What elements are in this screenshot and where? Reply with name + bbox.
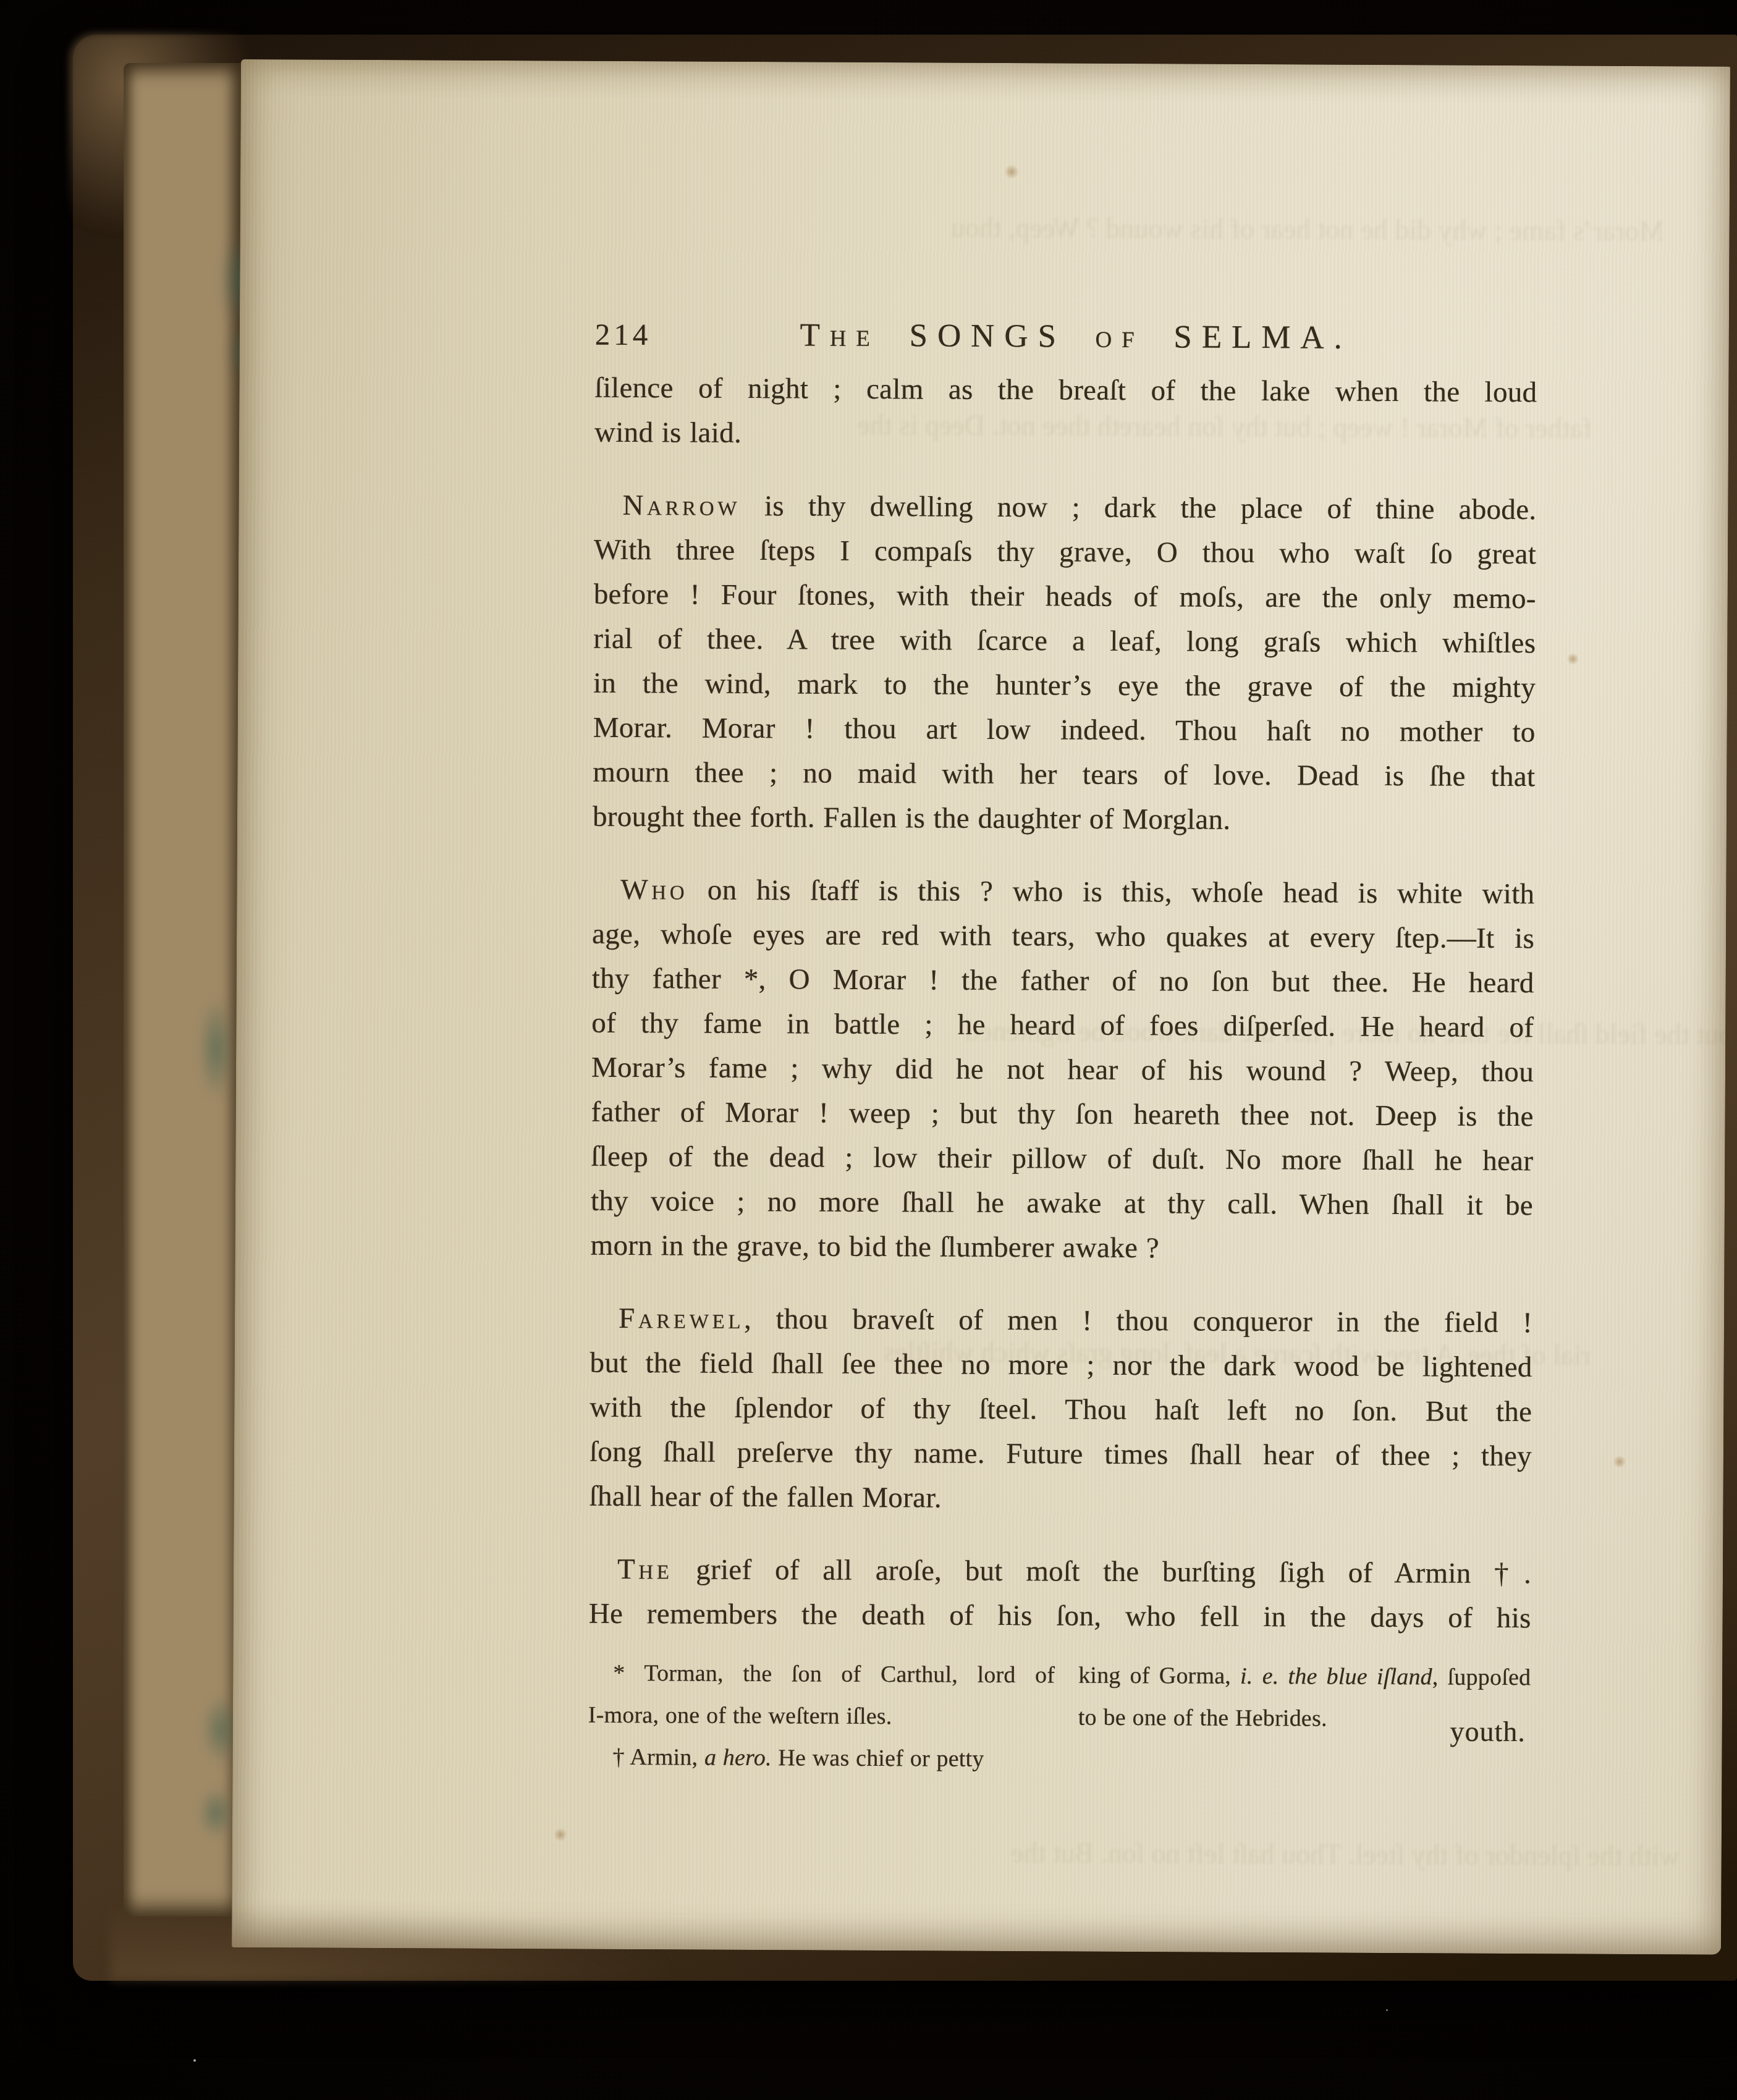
text-line: Morar’s fame ; why did he not hear of hi… <box>591 1045 1534 1094</box>
text-line: ſilence of night ; calm as the breaſt of… <box>594 366 1537 415</box>
footnote-text: king of Gorma, <box>1078 1663 1240 1689</box>
small-caps-opener: Who <box>620 874 688 906</box>
footnote-line: king of Gorma, i. e. the blue iſland, ſu… <box>1078 1655 1531 1699</box>
text-line: thy father *, O Morar ! the father of no… <box>592 956 1534 1005</box>
running-title: The SONGS of SELMA. <box>651 311 1537 361</box>
paragraph: Narrow is thy dwelling now ; dark the pl… <box>593 483 1537 843</box>
paragraph: Who on his ſtaff is this ? who is this, … <box>590 867 1534 1272</box>
small-caps-opener: The <box>617 1553 673 1585</box>
book: Morar’s fame ; why did he not hear of hi… <box>73 35 1737 1981</box>
text-line: mourn thee ; no maid with her tears of l… <box>593 750 1535 799</box>
text-line: in the wind, mark to the hunter’s eye th… <box>593 661 1536 710</box>
photo-background: Morar’s fame ; why did he not hear of hi… <box>0 0 1737 2100</box>
footnote-text: † Armin, <box>612 1744 704 1771</box>
footnote-text: , ſuppoſed <box>1432 1664 1531 1690</box>
footnote-line: I-mora, one of the weſtern iſles. <box>588 1694 1055 1739</box>
text-line: Who on his ſtaff is this ? who is this, … <box>592 867 1534 916</box>
footnote-italic-text: i. e. the blue iſland <box>1240 1663 1432 1690</box>
small-caps-opener: Farewel <box>619 1302 744 1335</box>
text-line: The grief of all aroſe, but moſt the bur… <box>589 1547 1531 1596</box>
page-number: 214 <box>595 312 652 358</box>
text-line-rest: , thou braveſt of men ! thou conqueror i… <box>744 1303 1532 1339</box>
footnote-italic-text: a hero. <box>704 1745 772 1771</box>
text-line: rial of thee. A tree with ſcarce a leaf,… <box>593 617 1536 665</box>
text-line: but the field ſhall ſee thee no more ; n… <box>590 1341 1532 1389</box>
show-through-text: with the ſplendor of thy ſteel. Thou haſ… <box>1011 1836 1680 1872</box>
footnote-line: * Torman, the ſon of Carthul, lord of <box>588 1652 1055 1697</box>
text-line: Morar. Morar ! thou art low indeed. Thou… <box>593 706 1536 754</box>
text-line: ſong ſhall preſerve thy name. Future tim… <box>590 1430 1532 1478</box>
footnote-columns: * Torman, the ſon of Carthul, lord of I-… <box>588 1652 1531 1782</box>
text-line-rest: grief of all aroſe, but moſt the burſtin… <box>673 1553 1532 1590</box>
text-line: of thy fame in battle ; he heard of foes… <box>591 1001 1534 1050</box>
text-line: morn in the grave, to bid the ſlumberer … <box>590 1223 1532 1272</box>
ink-smudge <box>198 996 235 1101</box>
text-block: 214 The SONGS of SELMA. ſilence of night… <box>588 311 1537 1782</box>
foxing-spot <box>1004 165 1020 179</box>
footnote-line: † Armin, a hero. He was chief or petty <box>588 1736 1054 1781</box>
text-line-rest: is thy dwelling now ; dark the place of … <box>740 490 1537 526</box>
dust-speck <box>193 2059 196 2062</box>
small-caps-opener: Narrow <box>622 489 740 522</box>
foxing-spot <box>554 1828 567 1842</box>
paragraph: ſilence of night ; calm as the breaſt of… <box>594 366 1537 459</box>
text-line: before ! Four ſtones, with their heads o… <box>594 572 1536 621</box>
text-line: brought thee forth. Fallen is the daught… <box>593 795 1535 843</box>
text-line: thy voice ; no more ſhall he awake at th… <box>591 1179 1533 1228</box>
text-line: father of Morar ! weep ; but thy ſon hea… <box>591 1090 1534 1139</box>
text-line: ſhall hear of the fallen Morar. <box>589 1474 1531 1523</box>
footnotes: * Torman, the ſon of Carthul, lord of I-… <box>588 1652 1531 1782</box>
show-through-text: Morar’s fame ; why did he not hear of hi… <box>951 211 1665 248</box>
text-line: Farewel, thou braveſt of men ! thou conq… <box>590 1296 1532 1345</box>
text-line: He remembers the death of his ſon, who f… <box>589 1592 1531 1640</box>
text-line: With three ſteps I compaſs thy grave, O … <box>594 528 1536 576</box>
page-header: 214 The SONGS of SELMA. <box>595 311 1537 361</box>
text-line: Narrow is thy dwelling now ; dark the pl… <box>594 483 1536 532</box>
catchword: youth. <box>1450 1711 1526 1753</box>
text-line-rest: on his ſtaff is this ? who is this, whoſ… <box>688 874 1534 911</box>
text-line: age, whoſe eyes are red with tears, who … <box>592 912 1534 961</box>
paragraph: The grief of all aroſe, but moſt the bur… <box>589 1547 1532 1640</box>
paragraph: Farewel, thou braveſt of men ! thou conq… <box>589 1296 1532 1523</box>
dust-speck <box>1386 2009 1388 2011</box>
text-line: with the ſplendor of thy ſteel. Thou haſ… <box>590 1385 1532 1434</box>
footnote-column-left: * Torman, the ſon of Carthul, lord of I-… <box>588 1652 1055 1781</box>
page-edges <box>124 63 241 1917</box>
text-line: wind is laid. <box>594 410 1537 459</box>
text-line: ſleep of the dead ; low their pillow of … <box>591 1134 1533 1183</box>
foxing-spot <box>1566 652 1579 665</box>
foxing-spot <box>1612 1456 1627 1467</box>
book-page: Morar’s fame ; why did he not hear of hi… <box>232 59 1730 1955</box>
footnote-text: He was chief or petty <box>772 1745 984 1772</box>
ink-smudge <box>198 1787 235 1839</box>
